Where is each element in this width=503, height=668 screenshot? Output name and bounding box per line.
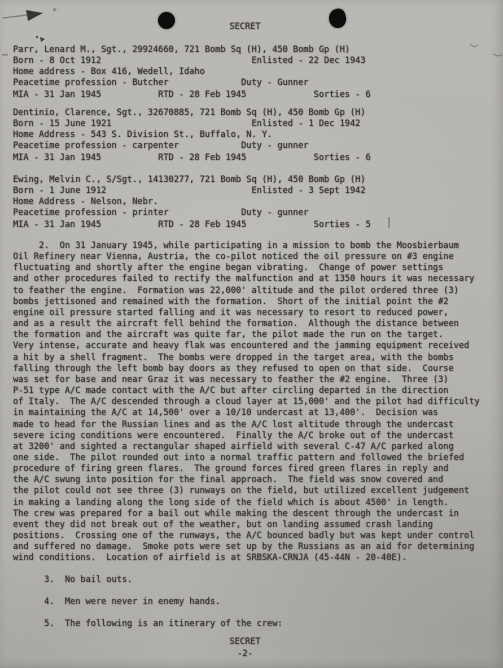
list-item-5: 5. The following is an itinerary of the …	[13, 619, 283, 630]
narrative-paragraph-2: 2. On 31 January 1945, while participati…	[13, 241, 480, 565]
crew-record-ewing: Ewing, Melvin C., S/Sgt., 14130277, 721 …	[13, 175, 371, 231]
crew-record-dentinio: Dentinio, Clarence, Sgt., 32670885, 721 …	[13, 108, 371, 164]
classification-header: SECRET	[14, 22, 476, 33]
document-page: SECRET Parr, Lenard M., Sgt., 29924660, …	[0, 0, 503, 668]
list-item-3: 3. No bail outs.	[13, 575, 132, 586]
classification-footer: SECRET	[14, 637, 476, 648]
pencil-stray-mark-icon	[386, 215, 400, 231]
crew-record-parr: Parr, Lenard M., Sgt., 29924660, 721 Bom…	[13, 45, 371, 101]
list-item-4: 4. Men were never in enemy hands.	[13, 597, 220, 608]
pencil-tick-marks-icon	[460, 36, 503, 66]
page-number: -2-	[14, 649, 476, 660]
